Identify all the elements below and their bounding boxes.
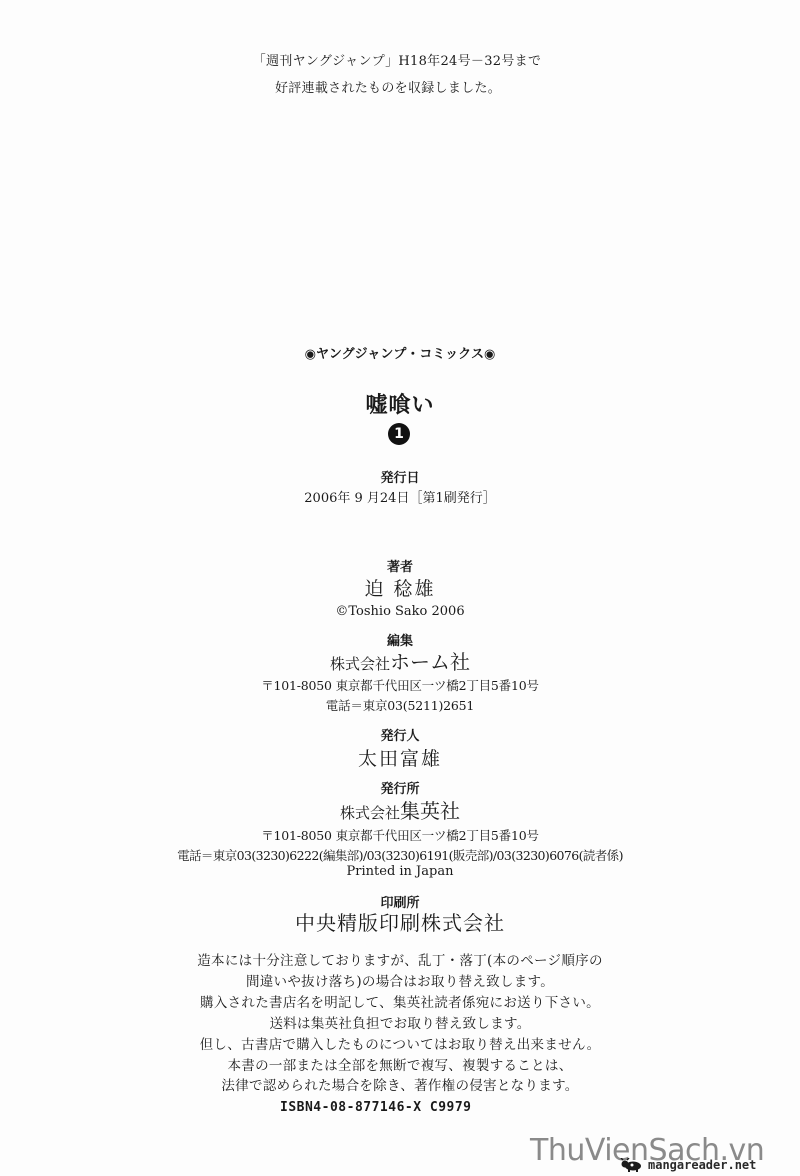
isbn: ISBN4-08-877146-X C9979: [280, 1100, 472, 1115]
author-label: 著者: [0, 556, 800, 575]
serialization-note-line-1: 「週刊ヤングジャンプ」H18年24号－32号まで: [0, 50, 797, 69]
mascot-icon: [620, 1158, 644, 1172]
publisher-phone: 電話＝東京03(3230)6222(編集部)/03(3230)6191(販売部)…: [0, 846, 800, 864]
series-label: ◉ヤングジャンプ・コミックス◉: [0, 343, 800, 362]
author-name: 迫 稔雄: [0, 574, 800, 601]
author-copyright: ©Toshio Sako 2006: [0, 604, 800, 619]
printed-in-japan: Printed in Japan: [0, 864, 800, 879]
publisher-company: 株式会社集英社: [0, 795, 800, 824]
publisher-company-prefix: 株式会社: [340, 804, 400, 822]
notice-line: 造本には十分注意しておりますが、乱丁・落丁(本のページ順序の: [0, 949, 800, 969]
watermark-mangareader: mangareader.net: [648, 1158, 756, 1172]
serialization-note-line-2: 好評連載されたものを収録しました。: [0, 77, 788, 96]
notice-line: 間違いや抜け落ち)の場合はお取り替え致します。: [0, 970, 800, 990]
volume-number-badge: 1: [388, 423, 410, 445]
book-title: 嘘喰い: [0, 388, 800, 419]
editor-company: 株式会社ホーム社: [0, 646, 800, 675]
editor-address: 〒101-8050 東京都千代田区一ツ橋2丁目5番10号: [0, 676, 800, 694]
publication-date-label: 発行日: [0, 467, 800, 486]
editor-phone: 電話＝東京03(5211)2651: [0, 696, 800, 714]
publication-date: 2006年 9 月24日［第1刷発行］: [0, 487, 800, 506]
notice-line: 送料は集英社負担でお取り替え致します。: [0, 1012, 800, 1032]
editor-company-prefix: 株式会社: [330, 655, 390, 673]
printer-name: 中央精版印刷株式会社: [0, 907, 800, 936]
issuer-name: 太田富雄: [0, 744, 800, 771]
publisher-company-name: 集英社: [400, 799, 460, 823]
editor-company-name: ホーム社: [390, 650, 470, 674]
issuer-label: 発行人: [0, 725, 800, 744]
notice-line: 本書の一部または全部を無断で複写、複製することは、: [0, 1054, 800, 1074]
notice-line: 但し、古書店で購入したものについてはお取り替え出来ません。: [0, 1033, 800, 1053]
notice-line: 法律で認められた場合を除き、著作権の侵害となります。: [0, 1074, 800, 1094]
publisher-address: 〒101-8050 東京都千代田区一ツ橋2丁目5番10号: [0, 826, 800, 844]
notice-line: 購入された書店名を明記して、集英社読者係宛にお送り下さい。: [0, 991, 800, 1011]
